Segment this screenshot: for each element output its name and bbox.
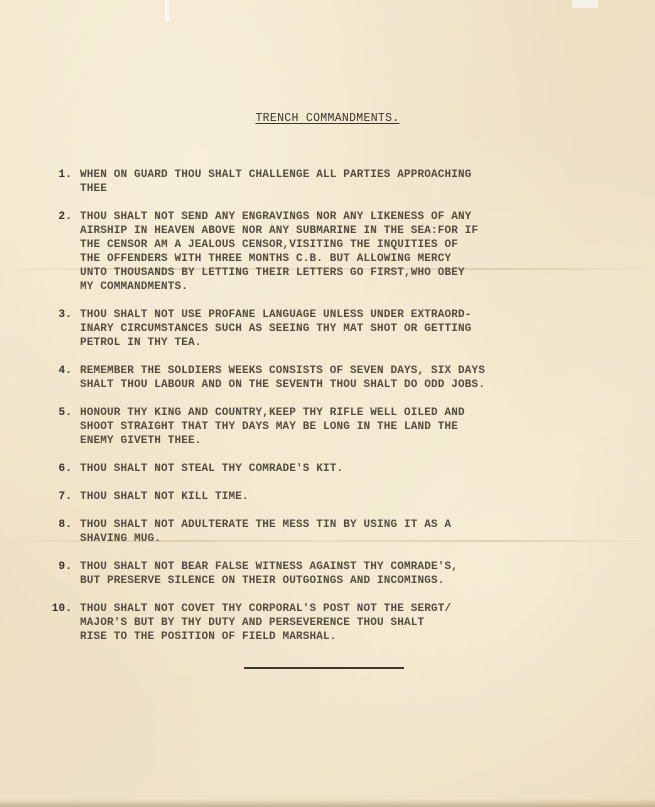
commandment-item: 9.THOU SHALT NOT BEAR FALSE WITNESS AGAI… [48, 560, 608, 588]
item-number: 10. [38, 602, 80, 644]
commandments-list: 1.WHEN ON GUARD THOU SHALT CHALLENGE ALL… [48, 168, 608, 658]
item-text: REMEMBER THE SOLDIERS WEEKS CONSISTS OF … [80, 364, 485, 392]
item-number: 9. [48, 560, 80, 588]
paper-tear [572, 0, 598, 8]
item-text: THOU SHALT NOT STEAL THY COMRADE'S KIT. [80, 462, 343, 476]
item-text: THOU SHALT NOT BEAR FALSE WITNESS AGAINS… [80, 560, 458, 588]
item-number: 4. [48, 364, 80, 392]
commandment-item: 8.THOU SHALT NOT ADULTERATE THE MESS TIN… [48, 518, 608, 546]
item-number: 2. [48, 210, 80, 294]
commandment-item: 6.THOU SHALT NOT STEAL THY COMRADE'S KIT… [48, 462, 608, 476]
item-number: 7. [48, 490, 80, 504]
item-text: HONOUR THY KING AND COUNTRY,KEEP THY RIF… [80, 406, 465, 448]
commandment-item: 1.WHEN ON GUARD THOU SHALT CHALLENGE ALL… [48, 168, 608, 196]
item-text: THOU SHALT NOT SEND ANY ENGRAVINGS NOR A… [80, 210, 478, 294]
item-text: THOU SHALT NOT KILL TIME. [80, 490, 249, 504]
item-number: 8. [48, 518, 80, 546]
item-number: 5. [48, 406, 80, 448]
item-text: THOU SHALT NOT USE PROFANE LANGUAGE UNLE… [80, 308, 472, 350]
commandment-item: 10.THOU SHALT NOT COVET THY CORPORAL'S P… [38, 602, 608, 644]
paper-edge [0, 799, 655, 807]
title-text: TRENCH COMMANDMENTS. [255, 112, 399, 125]
item-number: 6. [48, 462, 80, 476]
commandment-item: 7.THOU SHALT NOT KILL TIME. [48, 490, 608, 504]
commandment-item: 4.REMEMBER THE SOLDIERS WEEKS CONSISTS O… [48, 364, 608, 392]
document-title: TRENCH COMMANDMENTS. [0, 112, 655, 125]
item-text: WHEN ON GUARD THOU SHALT CHALLENGE ALL P… [80, 168, 472, 196]
commandment-item: 5.HONOUR THY KING AND COUNTRY,KEEP THY R… [48, 406, 608, 448]
item-number: 1. [48, 168, 80, 196]
typewritten-page: TRENCH COMMANDMENTS. 1.WHEN ON GUARD THO… [0, 0, 655, 807]
item-number: 3. [48, 308, 80, 350]
item-text: THOU SHALT NOT COVET THY CORPORAL'S POST… [80, 602, 451, 644]
commandment-item: 3.THOU SHALT NOT USE PROFANE LANGUAGE UN… [48, 308, 608, 350]
paper-tear [165, 0, 169, 22]
closing-rule [244, 667, 404, 669]
commandment-item: 2.THOU SHALT NOT SEND ANY ENGRAVINGS NOR… [48, 210, 608, 294]
item-text: THOU SHALT NOT ADULTERATE THE MESS TIN B… [80, 518, 451, 546]
